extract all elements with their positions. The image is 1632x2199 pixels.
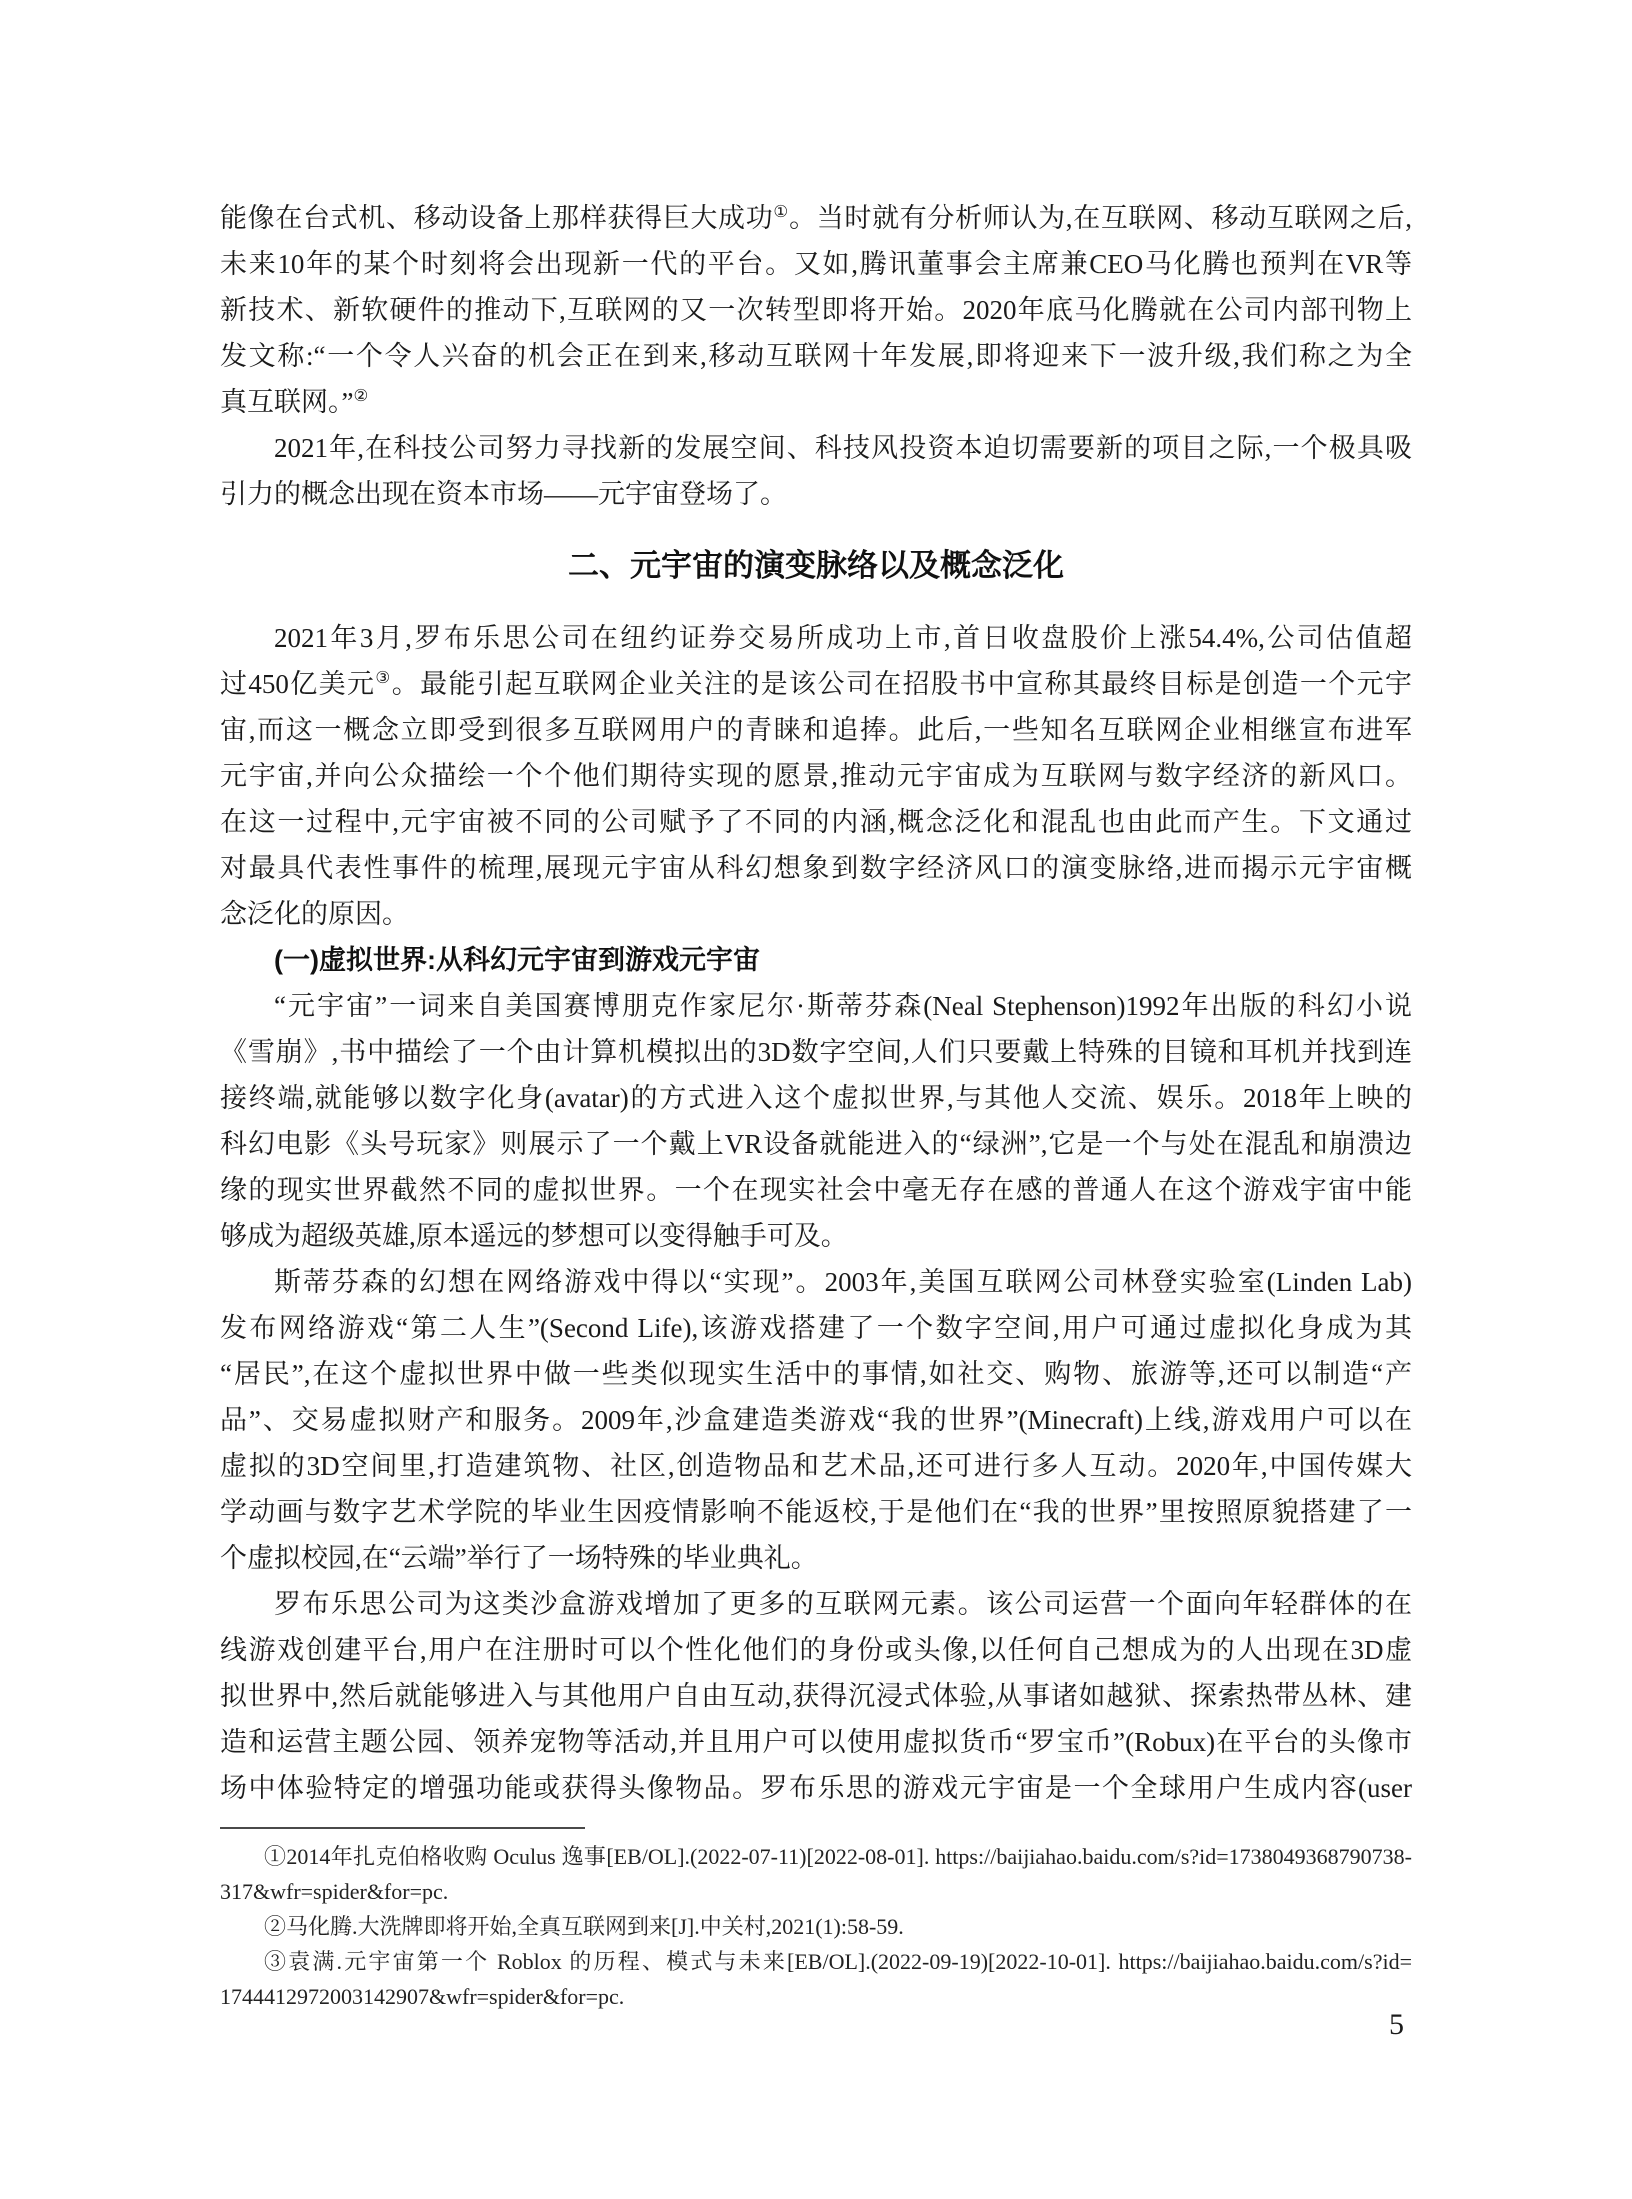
text-line: 拟世界中,然后就能够进入与其他用户自由互动,获得沉浸式体验,从事诸如越狱、探索热… [220,1673,1412,1719]
text-line: 能像在台式机、移动设备上那样获得巨大成功①。当时就有分析师认为,在互联网、移动互… [220,195,1412,241]
footnote-1: ①2014年扎克伯格收购 Oculus 逸事[EB/OL].(2022-07-1… [220,1839,1412,1874]
text-line: 学动画与数字艺术学院的毕业生因疫情影响不能返校,于是他们在“我的世界”里按照原貌… [220,1489,1412,1535]
text-line: 场中体验特定的增强功能或获得头像物品。罗布乐思的游戏元宇宙是一个全球用户生成内容… [220,1765,1412,1811]
footnote-ref: ② [353,386,368,405]
text-line: “元宇宙”一词来自美国赛博朋克作家尼尔·斯蒂芬森(Neal Stephenson… [220,983,1412,1029]
text-line: 真互联网。”② [220,379,1412,425]
footnote-3: ③袁满.元宇宙第一个 Roblox 的历程、模式与未来[EB/OL].(2022… [220,1944,1412,1979]
footnote-ref: ① [773,202,789,221]
text-line: 接终端,就能够以数字化身(avatar)的方式进入这个虚拟世界,与其他人交流、娱… [220,1075,1412,1121]
footnote-ref: ③ [375,668,391,687]
text-line: 发文称:“一个令人兴奋的机会正在到来,移动互联网十年发展,即将迎来下一波升级,我… [220,333,1412,379]
text-line: 科幻电影《头号玩家》则展示了一个戴上VR设备就能进入的“绿洲”,它是一个与处在混… [220,1121,1412,1167]
text-line: 个虚拟校园,在“云端”举行了一场特殊的毕业典礼。 [220,1535,1412,1581]
text-line: 品”、交易虚拟财产和服务。2009年,沙盒建造类游戏“我的世界”(Minecra… [220,1397,1412,1443]
text-line: 2021年3月,罗布乐思公司在纽约证券交易所成功上市,首日收盘股价上涨54.4%… [220,615,1412,661]
text-line: 罗布乐思公司为这类沙盒游戏增加了更多的互联网元素。该公司运营一个面向年轻群体的在 [220,1581,1412,1627]
page-number: 5 [1389,2008,1404,2042]
text-line: 《雪崩》,书中描绘了一个由计算机模拟出的3D数字空间,人们只要戴上特殊的目镜和耳… [220,1029,1412,1075]
text-line: 虚拟的3D空间里,打造建筑物、社区,创造物品和艺术品,还可进行多人互动。2020… [220,1443,1412,1489]
subsection-heading: (一)虚拟世界:从科幻元宇宙到游戏元宇宙 [220,937,1412,983]
footnote-1: 317&wfr=spider&for=pc. [220,1874,1412,1909]
text-line: 2021年,在科技公司努力寻找新的发展空间、科技风投资本迫切需要新的项目之际,一… [220,425,1412,471]
text-line: 新技术、新软硬件的推动下,互联网的又一次转型即将开始。2020年底马化腾就在公司… [220,287,1412,333]
text-line: 引力的概念出现在资本市场——元宇宙登场了。 [220,471,1412,517]
text-line: 在这一过程中,元宇宙被不同的公司赋予了不同的内涵,概念泛化和混乱也由此而产生。下… [220,799,1412,845]
section-heading: 二、元宇宙的演变脉络以及概念泛化 [220,543,1412,589]
body-text: 能像在台式机、移动设备上那样获得巨大成功①。当时就有分析师认为,在互联网、移动互… [220,0,1412,1811]
text-line: 宙,而这一概念立即受到很多互联网用户的青睐和追捧。此后,一些知名互联网企业相继宣… [220,707,1412,753]
footnotes: ①2014年扎克伯格收购 Oculus 逸事[EB/OL].(2022-07-1… [220,1839,1412,2014]
text-line: 斯蒂芬森的幻想在网络游戏中得以“实现”。2003年,美国互联网公司林登实验室(L… [220,1259,1412,1305]
text-line: 线游戏创建平台,用户在注册时可以个性化他们的身份或头像,以任何自己想成为的人出现… [220,1627,1412,1673]
footnote-2: ②马化腾.大洗牌即将开始,全真互联网到来[J].中关村,2021(1):58-5… [220,1909,1412,1944]
text-line: 念泛化的原因。 [220,891,1412,937]
text-line: 发布网络游戏“第二人生”(Second Life),该游戏搭建了一个数字空间,用… [220,1305,1412,1351]
text-line: 未来10年的某个时刻将会出现新一代的平台。又如,腾讯董事会主席兼CEO马化腾也预… [220,241,1412,287]
text-line: 过450亿美元③。最能引起互联网企业关注的是该公司在招股书中宣称其最终目标是创造… [220,661,1412,707]
text-line: 对最具代表性事件的梳理,展现元宇宙从科幻想象到数字经济风口的演变脉络,进而揭示元… [220,845,1412,891]
footnote-3: 1744412972003142907&wfr=spider&for=pc. [220,1979,1412,2014]
text-line: 造和运营主题公园、领养宠物等活动,并且用户可以使用虚拟货币“罗宝币”(Robux… [220,1719,1412,1765]
text-line: “居民”,在这个虚拟世界中做一些类似现实生活中的事情,如社交、购物、旅游等,还可… [220,1351,1412,1397]
text-line: 缘的现实世界截然不同的虚拟世界。一个在现实社会中毫无存在感的普通人在这个游戏宇宙… [220,1167,1412,1213]
text-line: 够成为超级英雄,原本遥远的梦想可以变得触手可及。 [220,1213,1412,1259]
footnote-separator [220,1827,585,1829]
text-line: 元宇宙,并向公众描绘一个个他们期待实现的愿景,推动元宇宙成为互联网与数字经济的新… [220,753,1412,799]
document-page: 能像在台式机、移动设备上那样获得巨大成功①。当时就有分析师认为,在互联网、移动互… [0,0,1632,2199]
